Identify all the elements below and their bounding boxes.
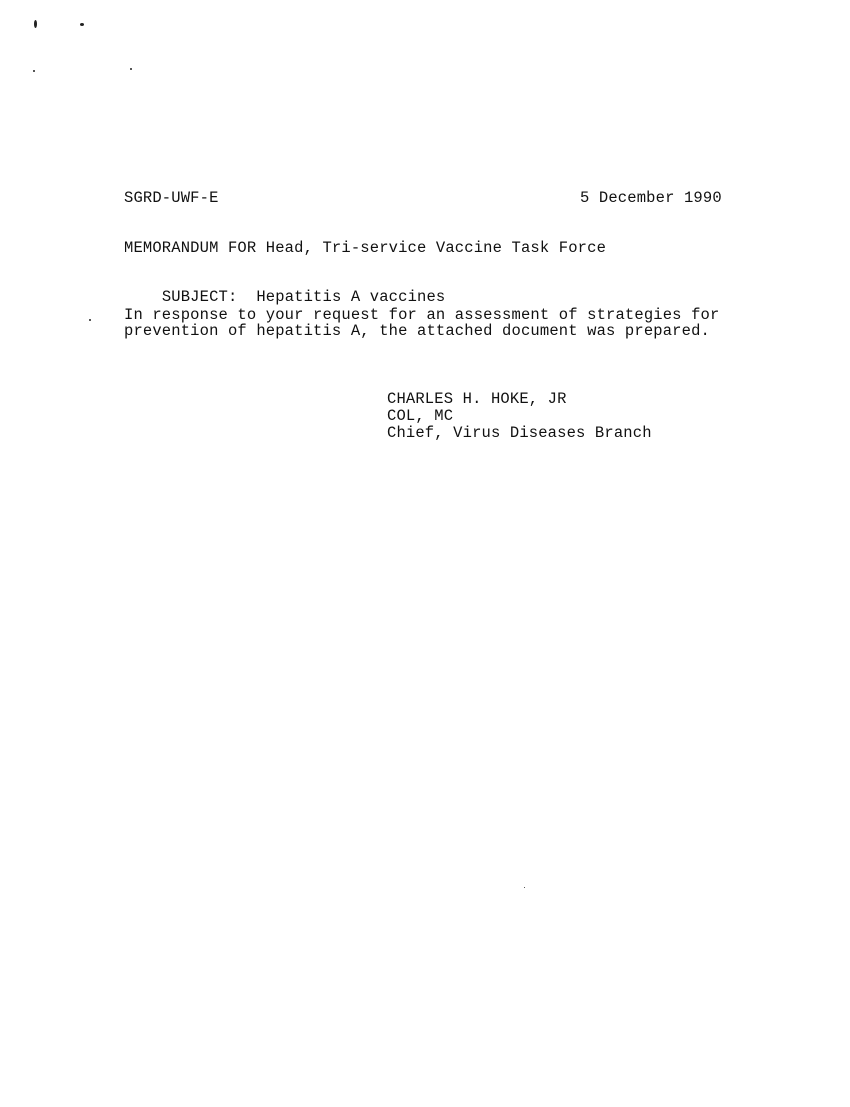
scan-speck xyxy=(89,319,91,321)
body-line-1: In response to your request for an asses… xyxy=(124,307,719,323)
scan-speck xyxy=(524,887,525,888)
signature-title: Chief, Virus Diseases Branch xyxy=(387,425,652,441)
memorandum-for: MEMORANDUM FOR Head, Tri-service Vaccine… xyxy=(124,240,606,256)
scan-speck xyxy=(34,20,37,28)
subject-label: SUBJECT: xyxy=(162,288,238,306)
office-symbol: SGRD-UWF-E xyxy=(124,190,219,206)
subject-text: Hepatitis A vaccines xyxy=(256,288,445,306)
scan-speck xyxy=(130,68,132,70)
memo-date: 5 December 1990 xyxy=(580,190,722,206)
scan-speck xyxy=(33,70,35,72)
signature-name: CHARLES H. HOKE, JR xyxy=(387,391,567,407)
body-line-2: prevention of hepatitis A, the attached … xyxy=(124,323,710,339)
scan-speck xyxy=(80,23,84,26)
signature-rank: COL, MC xyxy=(387,408,453,424)
